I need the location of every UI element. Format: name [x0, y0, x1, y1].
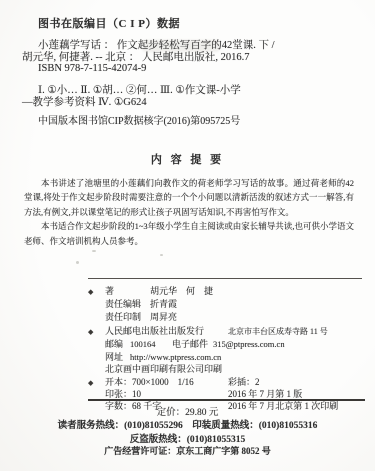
book-copyright-page: 图书在版编目（C I P）数据 小莲藕学写话 ： 作文起步轻松写百字的42堂课.…	[0, 0, 375, 471]
divider-thin	[88, 278, 362, 279]
diamond-bullet-icon: ◆	[88, 328, 105, 336]
cip-title-line: 小莲藕学写话 ： 作文起步轻松写百字的42堂课. 下 /	[22, 40, 362, 52]
summary-paragraph-1: 本书讲述了池塘里的小莲藕们向教作文的荷老师学习写话的故事。通过荷老师的42堂课,…	[24, 176, 354, 219]
editor-row: 责任编辑 折青霞	[88, 297, 367, 310]
cip-heading: 图书在版编目（C I P）数据	[38, 15, 180, 31]
print-supervisor-label: 责任印制	[105, 310, 150, 323]
sheets-row: 印张：10 2016 年 7 月第 1 版	[88, 387, 367, 399]
ad-license-line: 广告经营许可证：京东工商广字第 8052 号	[0, 444, 375, 457]
cip-author-publisher-line: 胡元华, 何捷著. -- 北京 ： 人民邮电出版社, 2016.7	[22, 52, 362, 64]
website-value: http://www.ptpress.com.cn	[130, 352, 221, 362]
email-label: 电子邮件	[172, 337, 213, 350]
diamond-bullet-icon: ◆	[88, 288, 105, 296]
summary-paragraph-2: 本书适合作文起步阶段的1~3年级小学生自主阅读或由家长辅导共读,也可供小学语文老…	[24, 219, 354, 248]
cip-entry: 小莲藕学写话 ： 作文起步轻松写百字的42堂课. 下 / 胡元华, 何捷著. -…	[22, 40, 362, 75]
publisher-address: 北京市丰台区成寿寺路 11 号	[228, 326, 328, 337]
isbn-line: ISBN 978-7-115-42074-9	[22, 63, 362, 75]
editor-value: 折青霞	[150, 297, 177, 310]
print-supervisor-value: 周昇亮	[150, 310, 177, 323]
classification-line-1: Ⅰ. ①小… Ⅱ. ①胡… ②何… Ⅲ. ①作文课-小学	[22, 85, 362, 97]
colophon: ◆ 著 胡元华 何 捷 责任编辑 折青霞 责任印制 周昇亮 ◆ 人民邮电出版社出…	[88, 284, 367, 410]
format-row: ◆ 开本：700×1000 1/16 彩插：2	[88, 375, 367, 387]
publisher-name: 人民邮电出版社出版发行	[105, 324, 228, 337]
postcode-email-row: 邮编 100164 电子邮件 315@ptpress.com.cn	[88, 337, 367, 350]
email-value: 315@ptpress.com.cn	[213, 339, 285, 349]
classification-line-2: —教学参考资料 Ⅳ. ①G624	[22, 97, 362, 109]
summary-section: 本书讲述了池塘里的小莲藕们向教作文的荷老师学习写话的故事。通过荷老师的42堂课,…	[24, 176, 354, 248]
cip-classification: Ⅰ. ①小… Ⅱ. ①胡… ②何… Ⅲ. ①作文课-小学 —教学参考资料 Ⅳ. …	[22, 85, 362, 109]
service-hotlines-line: 读者服务热线：(010)81055296 印装质量热线：(010)8105531…	[0, 417, 375, 431]
diamond-bullet-icon: ◆	[88, 379, 105, 387]
antipiracy-hotline-line: 反盗版热线：(010)81055315	[0, 431, 375, 445]
print-company-row: 北京画中画印刷有限公司印刷	[88, 362, 367, 375]
website-row: 网址 http://www.ptpress.com.cn	[88, 350, 367, 362]
postcode-label: 邮编	[105, 337, 130, 350]
author-label: 著	[105, 284, 150, 297]
price-line: 定价：29.80 元	[0, 404, 375, 418]
publisher-row: ◆ 人民邮电出版社出版发行 北京市丰台区成寿寺路 11 号	[88, 324, 367, 337]
scan-artifact	[76, 261, 79, 264]
scan-artifact	[92, 250, 96, 252]
scan-artifact	[160, 254, 163, 256]
cip-record-number: 中国版本图书馆CIP数据核字(2016)第095725号	[38, 112, 240, 127]
summary-heading: 内 容 提 要	[0, 151, 375, 167]
postcode-value: 100164	[130, 339, 172, 349]
editor-label: 责任编辑	[105, 297, 150, 310]
print-supervisor-row: 责任印制 周昇亮	[88, 310, 367, 324]
author-value: 胡元华 何 捷	[150, 284, 213, 297]
author-row: ◆ 著 胡元华 何 捷	[88, 284, 367, 297]
print-company: 北京画中画印刷有限公司印刷	[105, 362, 222, 375]
